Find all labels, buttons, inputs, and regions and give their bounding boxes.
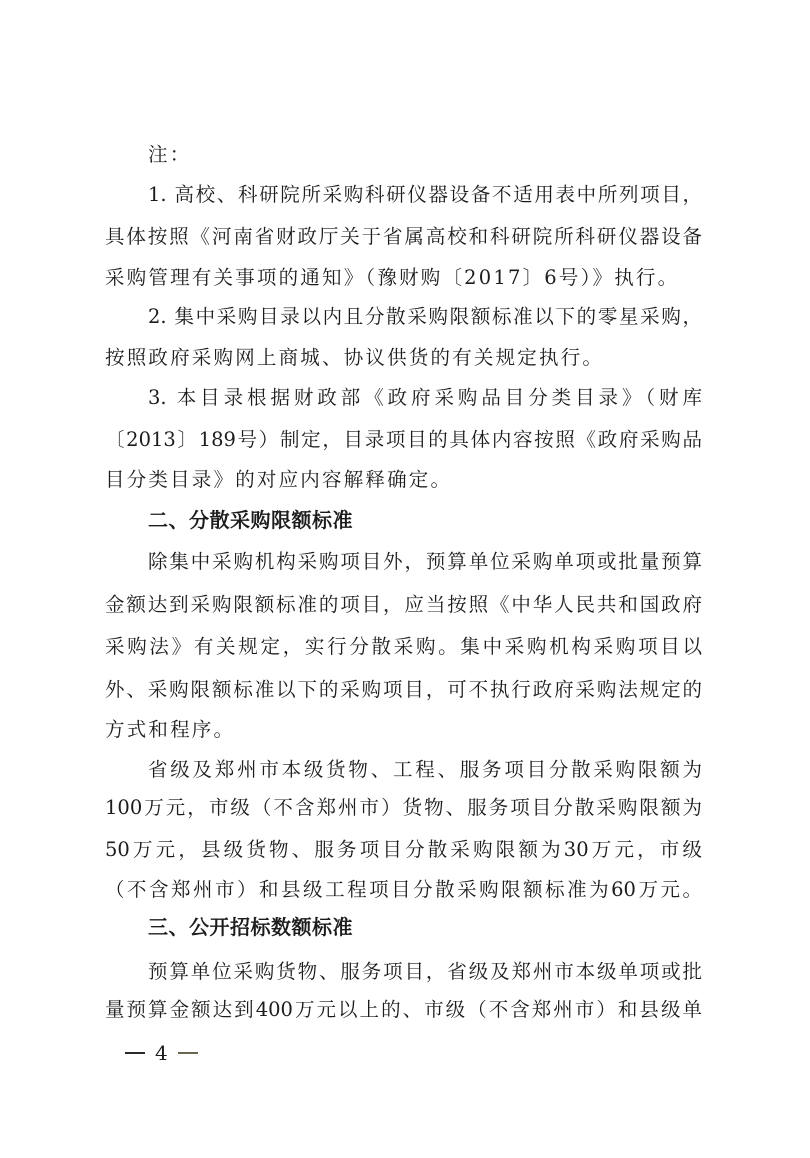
note-1-line-1: 1. 高校、科研院所采购科研仪器设备不适用表中所列项目， — [148, 180, 702, 210]
note-3-line-3: 目分类目录》的对应内容解释确定。 — [105, 465, 702, 495]
section-heading-decentralized-procurement: 二、分散采购限额标准 — [148, 505, 702, 535]
section-3-para-1-line-1: 预算单位采购货物、服务项目，省级及郑州市本级单项或批 — [148, 957, 702, 987]
page-number-value: 4 — [155, 1038, 168, 1068]
section-2-para-2-line-2: 100万元，市级（不含郑州市）货物、服务项目分散采购限额为 — [105, 793, 702, 823]
note-1-line-2: 具体按照《河南省财政厅关于省属高校和科研院所科研仪器设备 — [105, 222, 702, 252]
section-heading-public-tender-threshold: 三、公开招标数额标准 — [148, 912, 702, 942]
page-number-dash-left — [125, 1052, 145, 1054]
note-3-line-2: 〔2013〕189号）制定，目录项目的具体内容按照《政府采购品 — [105, 425, 702, 455]
section-2-para-1-line-2: 金额达到采购限额标准的项目，应当按照《中华人民共和国政府 — [105, 590, 702, 620]
note-3-line-1: 3. 本目录根据财政部《政府采购品目分类目录》（财库 — [148, 383, 702, 413]
note-2-line-1: 2. 集中采购目录以内且分散采购限额标准以下的零星采购， — [148, 302, 702, 332]
section-2-para-2-line-3: 50万元，县级货物、服务项目分散采购限额为30万元，市级 — [105, 835, 702, 865]
section-2-para-2-line-1: 省级及郑州市本级货物、工程、服务项目分散采购限额为 — [148, 755, 702, 785]
section-2-para-2-line-4: （不含郑州市）和县级工程项目分散采购限额标准为60万元。 — [105, 875, 702, 905]
note-2-line-2: 按照政府采购网上商城、协议供货的有关规定执行。 — [105, 343, 702, 373]
section-2-para-1-line-5: 方式和程序。 — [105, 715, 702, 745]
section-2-para-1-line-1: 除集中采购机构采购项目外，预算单位采购单项或批量预算 — [148, 547, 702, 577]
document-page: 注： 1. 高校、科研院所采购科研仪器设备不适用表中所列项目， 具体按照《河南省… — [0, 0, 810, 1158]
section-2-para-1-line-3: 采购法》有关规定，实行分散采购。集中采购机构采购项目以 — [105, 632, 702, 662]
section-2-para-1-line-4: 外、采购限额标准以下的采购项目，可不执行政府采购法规定的 — [105, 675, 702, 705]
note-1-line-3: 采购管理有关事项的通知》（豫财购〔2017〕6号）》执行。 — [105, 263, 702, 293]
page-number: 4 — [125, 1038, 198, 1068]
notes-label: 注： — [148, 140, 702, 170]
section-3-para-1-line-2: 量预算金额达到400万元以上的、市级（不含郑州市）和县级单 — [105, 995, 702, 1025]
page-number-dash-right — [178, 1052, 198, 1054]
